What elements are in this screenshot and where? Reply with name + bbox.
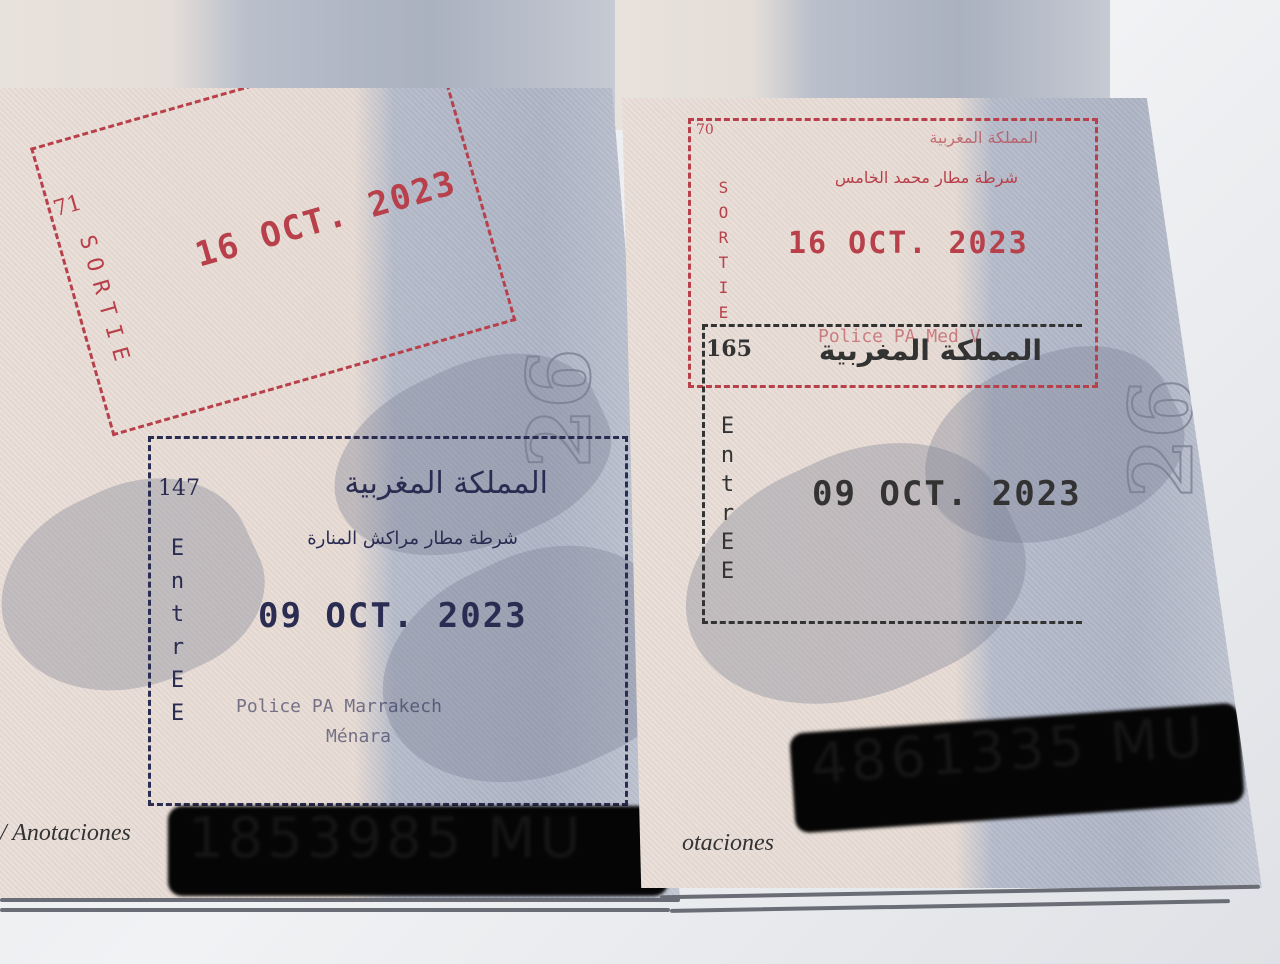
stamp-office-arabic: شرطة مطار مراكش المنارة: [307, 528, 518, 549]
stamp-counter-number: 70: [696, 122, 714, 138]
redacted-handwriting: 1853985 MU: [188, 806, 585, 871]
stamp-vertical-label: EntrEE: [162, 536, 192, 734]
passport-1-edge: [0, 908, 670, 912]
stamp-header-arabic: المملكة المغربية: [344, 466, 548, 501]
stamp-header-arabic: المملكة المغربية: [819, 334, 1042, 367]
annotations-label: / Anotaciones: [0, 820, 131, 847]
stamp-counter-number: 147: [158, 476, 200, 501]
stamp-vertical-label: EntrEE: [712, 414, 742, 588]
stamp-office-arabic: شرطة مطار محمد الخامس: [835, 168, 1018, 187]
stamp-date: 09 OCT. 2023: [258, 596, 528, 636]
passport-1-edge: [0, 898, 680, 902]
stamp-vertical-label: SORTIE: [708, 178, 738, 328]
stamp-counter-number: 165: [706, 336, 752, 362]
stamp-date: 09 OCT. 2023: [812, 474, 1082, 514]
redaction-bar: 1853985 MU: [168, 806, 668, 896]
stamp-vertical-text: SORTIE: [708, 178, 738, 328]
stamp-office-latin: Police PA Marrakech: [236, 696, 442, 717]
stamp-vertical-text: EntrEE: [162, 536, 192, 734]
entry-stamp: 165 EntrEE المملكة المغربية 09 OCT. 2023: [702, 324, 1082, 624]
annotations-label: otaciones: [682, 830, 774, 857]
stamp-office-latin-line2: Ménara: [326, 726, 391, 747]
stamp-header-arabic: المملكة المغربية: [929, 128, 1038, 147]
passport-1-page: 26 71 SORTIE 16 OCT. 2023 147 EntrEE الم…: [0, 88, 680, 898]
stamp-vertical-text: EntrEE: [712, 414, 742, 588]
entry-stamp: 147 EntrEE المملكة المغربية شرطة مطار مر…: [148, 436, 628, 806]
stamp-date: 16 OCT. 2023: [788, 226, 1029, 261]
